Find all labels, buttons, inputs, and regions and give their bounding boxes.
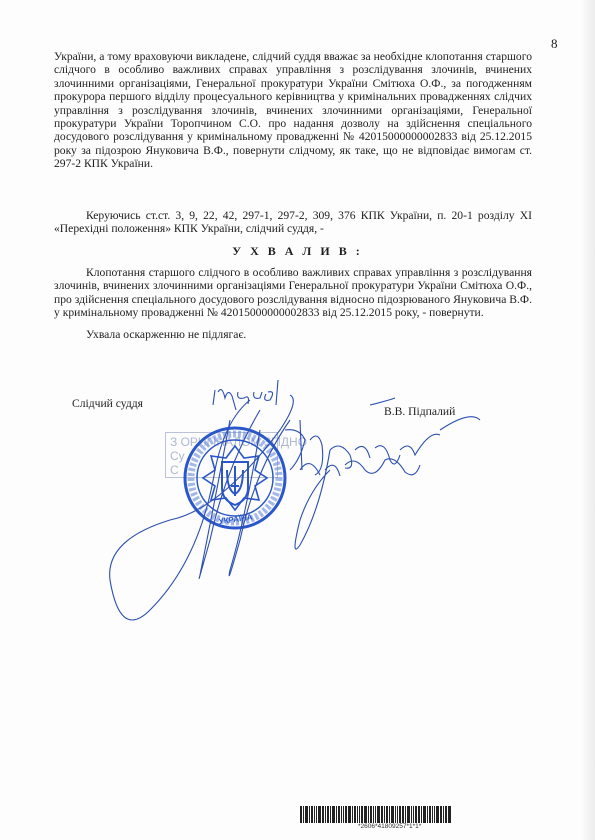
seal-and-signatures: УКРАЇНА [0,0,595,840]
barcode [300,806,487,823]
document-page: 8 України, а тому враховуючи викладене, … [0,0,595,840]
barcode-text: *2606*41809257*1*1* [358,823,421,830]
handwritten-signature [110,380,480,620]
